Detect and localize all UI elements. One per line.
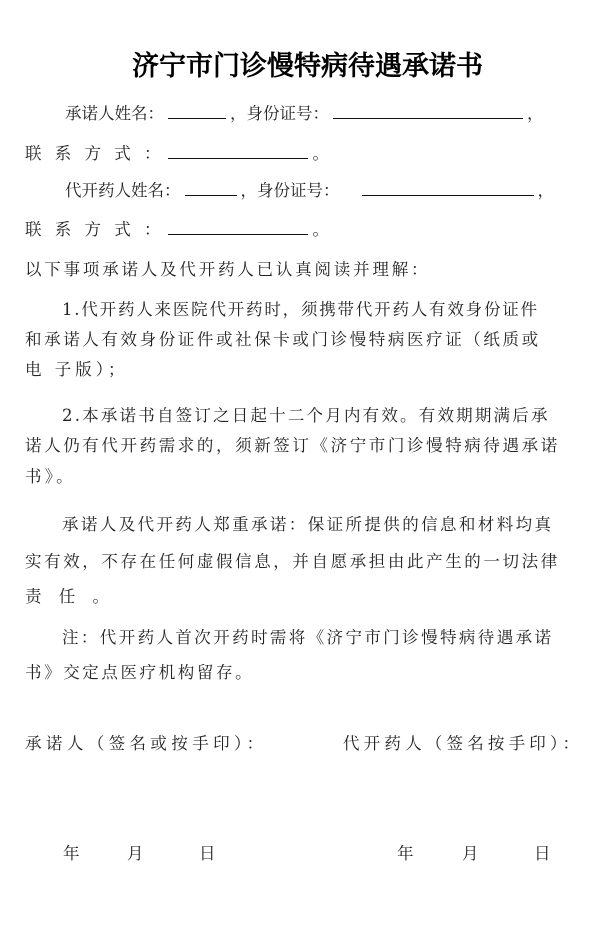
agent-signature-label: 代开药人（签名按手印）： (343, 730, 583, 754)
note-line2: 书》交定点医疗机构留存。 (25, 659, 254, 683)
agent-id-label: ，身份证号： (241, 181, 340, 200)
intro-text: 以下事项承诺人及代开药人已认真阅读并理解： (25, 256, 430, 280)
item2-line2: 诺人仍有代开药需求的，须新签订《济宁市门诊慢特病待遇承诺 (25, 432, 560, 456)
item1-line1: 1.代开药人来医院代开药时，须携带代开药人有效身份证件 (62, 296, 539, 320)
agent-contact-end: 。 (312, 220, 329, 239)
document-title: 济宁市门诊慢特病待遇承诺书 (0, 44, 615, 83)
agent-id-field[interactable] (362, 179, 534, 196)
agent-contact-field[interactable] (168, 218, 308, 235)
agent-date-month: 月 (462, 840, 479, 864)
promisor-name-label: 承诺人姓名： (65, 104, 164, 123)
item1-line2: 和承诺人有效身份证件或社保卡或门诊慢特病医疗证（纸质或 (25, 326, 541, 350)
pledge-line3: 责 任 。 (25, 583, 115, 607)
agent-contact-label: 联 系 方 式 ： (25, 220, 164, 239)
pledge-line1: 承诺人及代开药人郑重承诺：保证所提供的信息和材料均真 (62, 511, 553, 535)
promisor-contact-field[interactable] (168, 142, 308, 159)
promisor-id-label: ，身份证号： (230, 104, 329, 123)
promisor-id-field[interactable] (333, 102, 523, 119)
promisor-name-field[interactable] (168, 102, 226, 119)
promisor-contact-end: 。 (312, 144, 329, 163)
promisor-contact-label: 联 系 方 式 ： (25, 144, 164, 163)
note-line1: 注：代开药人首次开药时需将《济宁市门诊慢特病待遇承诺 (62, 624, 553, 648)
agent-info-row: 代开药人姓名：，身份证号：， (65, 177, 554, 201)
promisor-info-row: 承诺人姓名：，身份证号：， (65, 100, 544, 124)
promisor-id-end: ， (527, 104, 544, 123)
item1-line3: 电 子版）； (25, 356, 129, 380)
agent-name-label: 代开药人姓名： (65, 181, 181, 200)
agent-id-end: ， (538, 181, 555, 200)
agent-contact-row: 联 系 方 式 ：。 (25, 216, 329, 240)
item2-line3: 书》。 (25, 463, 76, 487)
promisor-contact-row: 联 系 方 式 ：。 (25, 140, 329, 164)
promisor-signature-label: 承诺人（签名或按手印）： (25, 730, 268, 754)
pledge-line2: 实有效，不存在任何虚假信息，并自愿承担由此产生的一切法律 (25, 548, 560, 572)
agent-name-field[interactable] (185, 179, 237, 196)
item2-line1: 2.本承诺书自签订之日起十二个月内有效。有效期期满后承 (62, 402, 550, 426)
agent-date-row: 年 月 日 (0, 840, 615, 864)
agent-date-year: 年 (397, 840, 414, 864)
agent-date-day: 日 (534, 840, 551, 864)
